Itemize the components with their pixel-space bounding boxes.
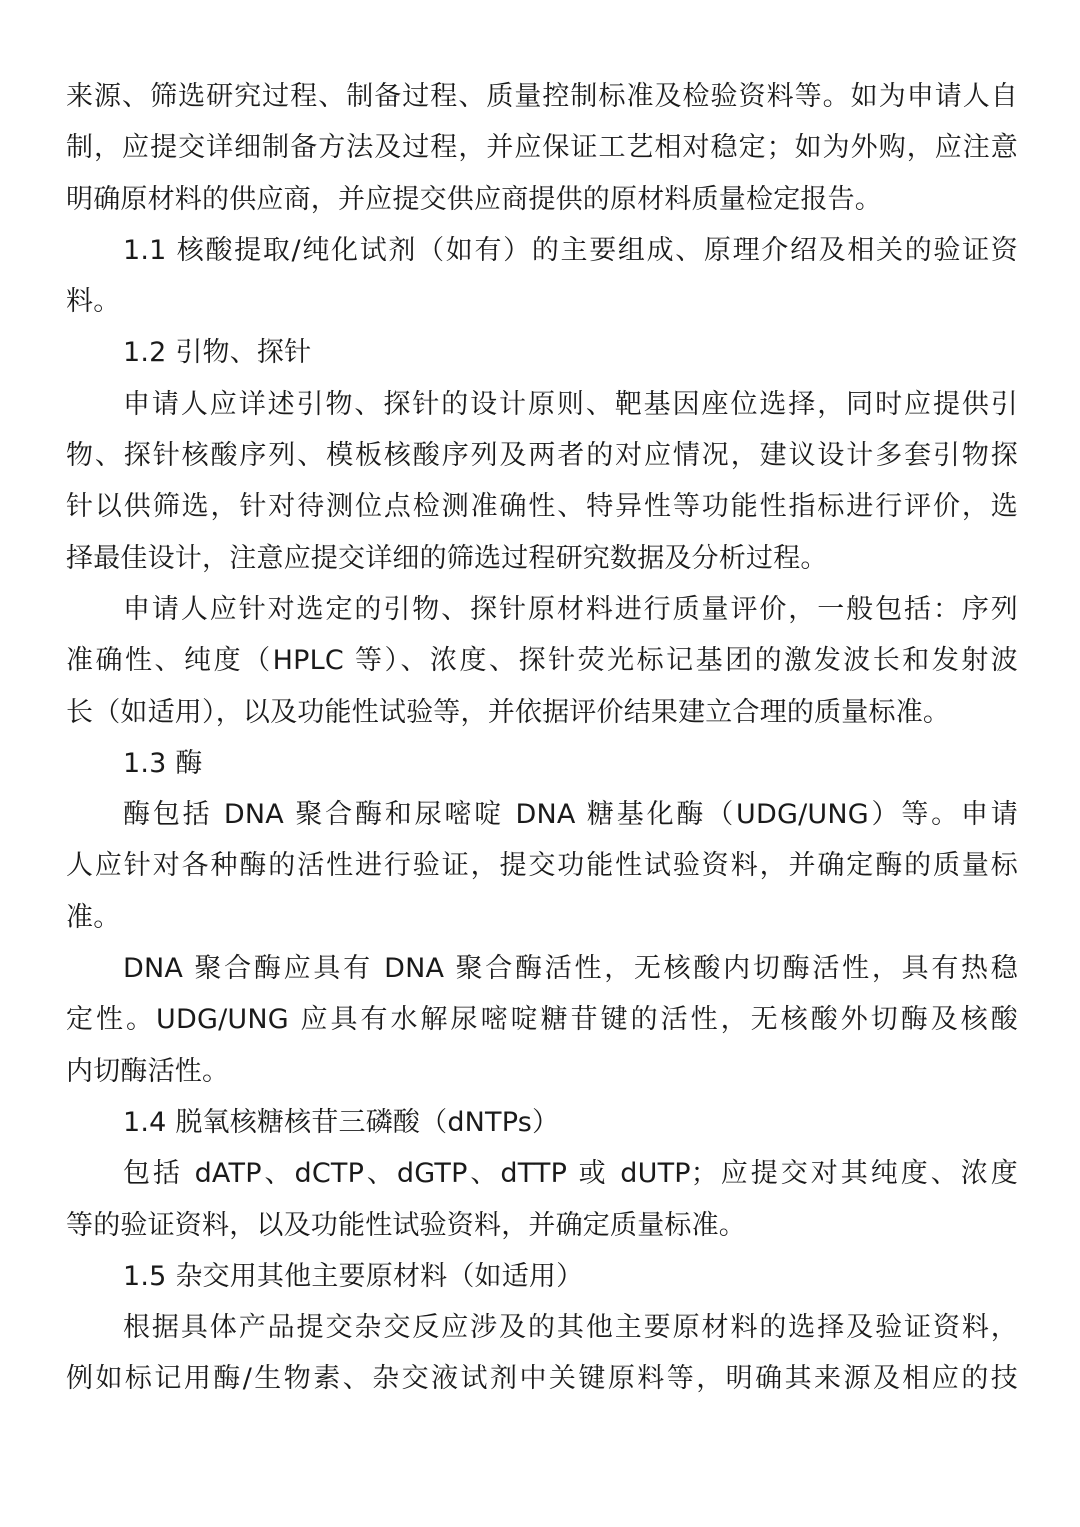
text-line: 来源、筛选研究过程、制备过程、质量控制标准及检验资料等。如为申请人自 <box>66 71 1018 122</box>
text-line: DNA 聚合酶应具有 DNA 聚合酶活性，无核酸内切酶活性，具有热稳 <box>66 943 1018 994</box>
text-line: 长（如适用），以及功能性试验等，并依据评价结果建立合理的质量标准。 <box>66 687 1018 738</box>
text-line: 制，应提交详细制备方法及过程，并应保证工艺相对稳定；如为外购，应注意 <box>66 122 1018 173</box>
section-heading-1-4: 1.4 脱氧核糖核苷三磷酸（dNTPs） <box>66 1097 1018 1148</box>
section-heading-1-3: 1.3 酶 <box>66 738 1018 789</box>
text-line: 申请人应针对选定的引物、探针原材料进行质量评价，一般包括：序列 <box>66 584 1018 635</box>
text-line: 择最佳设计，注意应提交详细的筛选过程研究数据及分析过程。 <box>66 533 1018 584</box>
text-line: 明确原材料的供应商，并应提交供应商提供的原材料质量检定报告。 <box>66 174 1018 225</box>
text-line: 等的验证资料，以及功能性试验资料，并确定质量标准。 <box>66 1200 1018 1251</box>
text-line: 准。 <box>66 892 1018 943</box>
text-line: 准确性、纯度（HPLC 等）、浓度、探针荧光标记基团的激发波长和发射波 <box>66 635 1018 686</box>
text-line: 例如标记用酶/生物素、杂交液试剂中关键原料等，明确其来源及相应的技 <box>66 1353 1018 1404</box>
paragraph-section-1-3-activity: DNA 聚合酶应具有 DNA 聚合酶活性，无核酸内切酶活性，具有热稳 定性。UD… <box>66 943 1018 1097</box>
paragraph-section-1-3-enzymes: 酶包括 DNA 聚合酶和尿嘧啶 DNA 糖基化酶（UDG/UNG）等。申请 人应… <box>66 789 1018 943</box>
paragraph-intro-continuation: 来源、筛选研究过程、制备过程、质量控制标准及检验资料等。如为申请人自 制，应提交… <box>66 71 1018 225</box>
text-line: 酶包括 DNA 聚合酶和尿嘧啶 DNA 糖基化酶（UDG/UNG）等。申请 <box>66 789 1018 840</box>
section-heading-1-5: 1.5 杂交用其他主要原材料（如适用） <box>66 1251 1018 1302</box>
paragraph-section-1-1: 1.1 核酸提取/纯化试剂（如有）的主要组成、原理介绍及相关的验证资 料。 <box>66 225 1018 328</box>
heading-text: 1.4 脱氧核糖核苷三磷酸（dNTPs） <box>66 1097 1018 1148</box>
document-page: 来源、筛选研究过程、制备过程、质量控制标准及检验资料等。如为申请人自 制，应提交… <box>66 71 1018 1405</box>
paragraph-section-1-5: 根据具体产品提交杂交反应涉及的其他主要原材料的选择及验证资料， 例如标记用酶/生… <box>66 1302 1018 1405</box>
heading-text: 1.5 杂交用其他主要原材料（如适用） <box>66 1251 1018 1302</box>
text-line: 包括 dATP、dCTP、dGTP、dTTP 或 dUTP；应提交对其纯度、浓度 <box>66 1148 1018 1199</box>
paragraph-section-1-2-quality: 申请人应针对选定的引物、探针原材料进行质量评价，一般包括：序列 准确性、纯度（H… <box>66 584 1018 738</box>
section-heading-1-2: 1.2 引物、探针 <box>66 327 1018 378</box>
heading-text: 1.2 引物、探针 <box>66 327 1018 378</box>
paragraph-section-1-4: 包括 dATP、dCTP、dGTP、dTTP 或 dUTP；应提交对其纯度、浓度… <box>66 1148 1018 1251</box>
heading-text: 1.3 酶 <box>66 738 1018 789</box>
text-line: 物、探针核酸序列、模板核酸序列及两者的对应情况，建议设计多套引物探 <box>66 430 1018 481</box>
text-line: 申请人应详述引物、探针的设计原则、靶基因座位选择，同时应提供引 <box>66 379 1018 430</box>
text-line: 定性。UDG/UNG 应具有水解尿嘧啶糖苷键的活性，无核酸外切酶及核酸 <box>66 994 1018 1045</box>
text-line: 针以供筛选，针对待测位点检测准确性、特异性等功能性指标进行评价，选 <box>66 481 1018 532</box>
text-line: 1.1 核酸提取/纯化试剂（如有）的主要组成、原理介绍及相关的验证资 <box>66 225 1018 276</box>
text-line: 根据具体产品提交杂交反应涉及的其他主要原材料的选择及验证资料， <box>66 1302 1018 1353</box>
text-line: 人应针对各种酶的活性进行验证，提交功能性试验资料，并确定酶的质量标 <box>66 840 1018 891</box>
text-line: 料。 <box>66 276 1018 327</box>
text-line: 内切酶活性。 <box>66 1046 1018 1097</box>
paragraph-section-1-2-design: 申请人应详述引物、探针的设计原则、靶基因座位选择，同时应提供引 物、探针核酸序列… <box>66 379 1018 584</box>
